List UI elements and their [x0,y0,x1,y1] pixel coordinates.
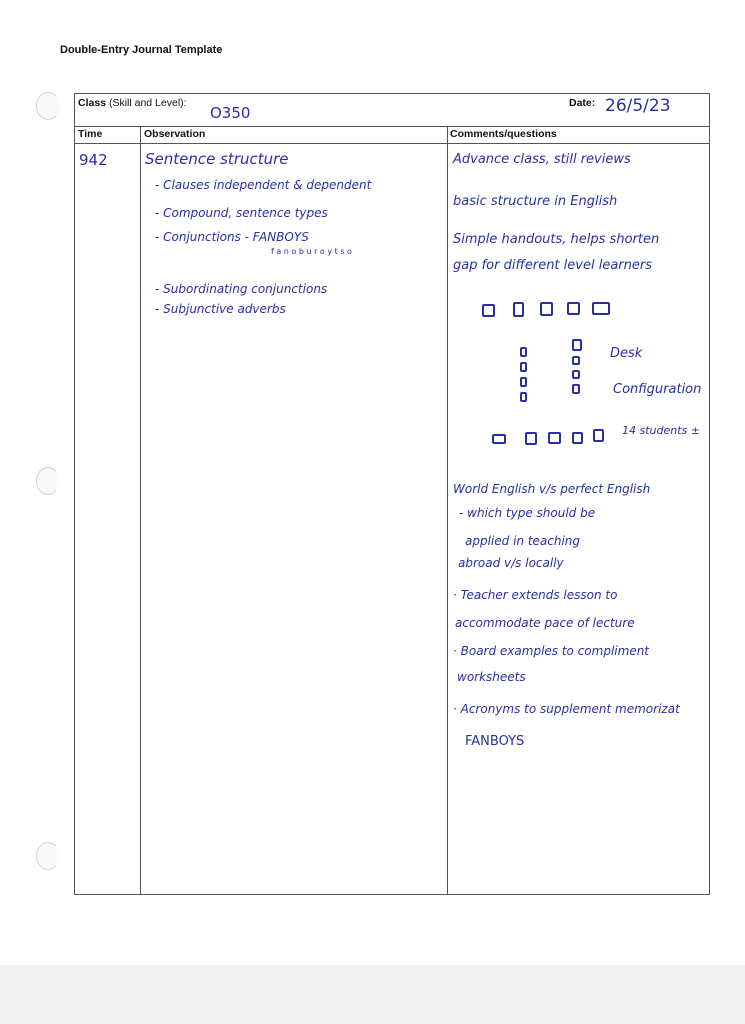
punch-hole [36,92,60,120]
desk-icon [482,304,495,317]
desk-icon [520,377,527,387]
observation-item: - Conjunctions - FANBOYS [155,230,309,244]
comment-line: - which type should be [459,506,595,520]
observation-item: f a n o b u r o y t s o [271,247,352,256]
observation-item: - Subjunctive adverbs [155,302,286,316]
comment-line: · Teacher extends lesson to [453,588,617,602]
col-observation: Observation [144,128,205,140]
desk-icon [572,432,583,444]
comment-line: gap for different level learners [453,258,652,273]
desk-icon [572,356,580,365]
scan-margin [0,965,745,1024]
desk-icon [492,434,506,444]
desk-icon [540,302,553,316]
comment-line: worksheets [457,670,526,684]
scanned-page: Double-Entry Journal Template Class (Ski… [0,0,745,965]
desk-icon [525,432,537,445]
observation-item: - Clauses independent & dependent [155,178,371,192]
col-comments: Comments/questions [450,128,557,140]
desk-icon [520,362,527,372]
col-time: Time [78,128,102,140]
class-row: Class (Skill and Level): O350 Date: 26/5… [75,94,709,127]
comment-line: Advance class, still reviews [453,152,631,167]
comment-line: Simple handouts, helps shorten [453,232,659,247]
comment-line: · Acronyms to supplement memorizat [453,702,680,716]
date-value: 26/5/23 [605,96,671,116]
desk-icon [592,302,610,315]
observation-heading: Sentence structure [145,150,289,168]
desk-icon [513,302,524,317]
comment-line: FANBOYS [465,734,524,749]
desk-icon [572,339,582,351]
class-label: Class (Skill and Level): [78,97,187,109]
header-row: Time Observation Comments/questions [75,126,709,144]
configuration-label: Configuration [613,382,701,397]
comment-line: accommodate pace of lecture [455,616,635,630]
comment-line: applied in teaching [465,534,580,548]
punch-hole [36,467,60,495]
desk-icon [520,347,527,357]
desk-icon [567,302,580,315]
comment-line: abroad v/s locally [458,556,564,570]
comment-line: · Board examples to compliment [453,644,649,658]
desk-icon [593,429,604,442]
column-divider [447,126,448,894]
observation-item: - Subordinating conjunctions [155,282,327,296]
date-label: Date: [569,97,595,109]
observation-item: - Compound, sentence types [155,206,328,220]
column-divider [140,126,141,894]
comment-line: World English v/s perfect English [453,482,650,496]
students-count: 14 students ± [622,424,700,437]
comment-line: basic structure in English [453,194,617,209]
document-title: Double-Entry Journal Template [60,44,222,56]
desk-icon [572,370,580,379]
entry-time: 942 [79,151,108,169]
journal-table: Class (Skill and Level): O350 Date: 26/5… [74,93,710,895]
class-value: O350 [210,104,250,122]
punch-hole [36,842,60,870]
desk-icon [520,392,527,402]
desk-icon [572,384,580,394]
desk-label: Desk [610,346,642,361]
desk-icon [548,432,561,444]
